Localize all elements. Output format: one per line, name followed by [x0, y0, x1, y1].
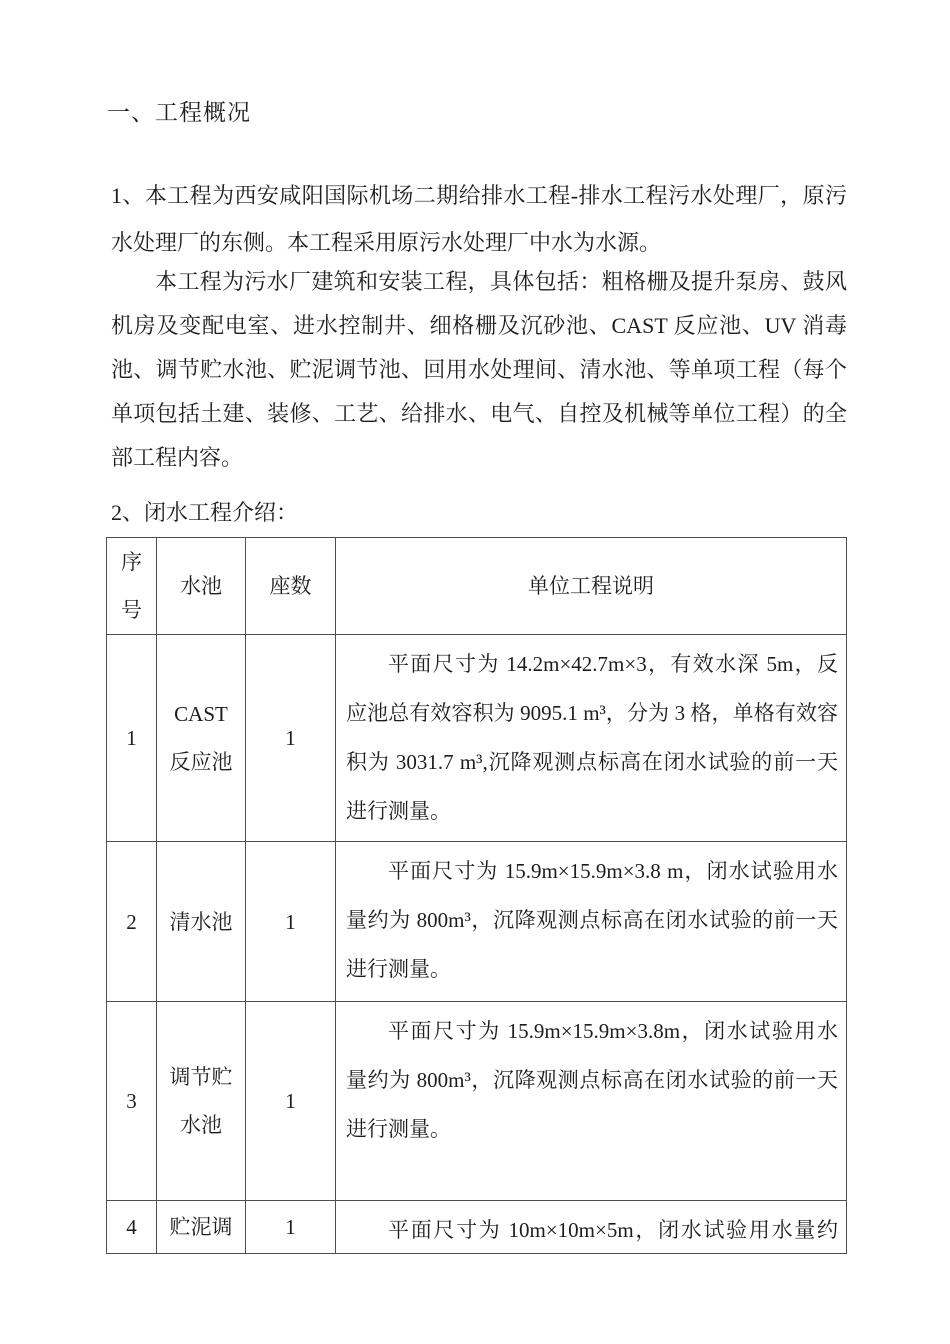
table-header-row: 序号 水池 座数 单位工程说明	[107, 538, 847, 635]
document-page: 一、工程概况 1、本工程为西安咸阳国际机场二期给排水工程-排水工程污水处理厂，原…	[0, 0, 950, 1344]
body-text: 1、本工程为西安咸阳国际机场二期给排水工程-排水工程污水处理厂，原污水处理厂的东…	[111, 172, 847, 535]
cell-pool-name: 调节贮水池	[157, 1002, 246, 1201]
cell-pool-count: 1	[246, 842, 336, 1002]
section-heading: 一、工程概况	[107, 100, 251, 126]
cell-description: 平面尺寸为 10m×10m×5m，闭水试验用水量约	[336, 1201, 847, 1254]
cell-pool-count: 1	[246, 635, 336, 842]
cell-description: 平面尺寸为 14.2m×42.7m×3，有效水深 5m，反应池总有效容积为 90…	[336, 635, 847, 842]
table-row: 2 清水池 1 平面尺寸为 15.9m×15.9m×3.8 m，闭水试验用水量约…	[107, 842, 847, 1002]
cell-description: 平面尺寸为 15.9m×15.9m×3.8m，闭水试验用水量约为 800m³，沉…	[336, 1002, 847, 1201]
table-row: 3 调节贮水池 1 平面尺寸为 15.9m×15.9m×3.8m，闭水试验用水量…	[107, 1002, 847, 1201]
subheading-water-test: 2、闭水工程介绍：	[111, 491, 847, 535]
table-row: 1 CAST 反应池 1 平面尺寸为 14.2m×42.7m×3，有效水深 5m…	[107, 635, 847, 842]
header-cell-count: 座数	[246, 538, 336, 635]
header-cell-desc: 单位工程说明	[336, 538, 847, 635]
cell-pool-name: 贮泥调	[157, 1201, 246, 1254]
header-cell-pool: 水池	[157, 538, 246, 635]
table-row: 4 贮泥调 1 平面尺寸为 10m×10m×5m，闭水试验用水量约	[107, 1201, 847, 1254]
cell-pool-name: 清水池	[157, 842, 246, 1002]
cell-description: 平面尺寸为 15.9m×15.9m×3.8 m，闭水试验用水量约为 800m³，…	[336, 842, 847, 1002]
cell-row-number: 2	[107, 842, 157, 1002]
paragraph-project-overview: 1、本工程为西安咸阳国际机场二期给排水工程-排水工程污水处理厂，原污水处理厂的东…	[111, 172, 847, 266]
header-cell-no: 序号	[107, 538, 157, 635]
cell-row-number: 3	[107, 1002, 157, 1201]
cell-row-number: 1	[107, 635, 157, 842]
cell-pool-count: 1	[246, 1201, 336, 1254]
water-test-table: 序号 水池 座数 单位工程说明 1 CAST 反应池 1 平面尺寸为 14.2m…	[106, 537, 847, 1254]
cell-pool-name: CAST 反应池	[157, 635, 246, 842]
paragraph-project-scope: 本工程为污水厂建筑和安装工程，具体包括：粗格栅及提升泵房、鼓风机房及变配电室、进…	[111, 260, 847, 480]
cell-pool-count: 1	[246, 1002, 336, 1201]
cell-row-number: 4	[107, 1201, 157, 1254]
